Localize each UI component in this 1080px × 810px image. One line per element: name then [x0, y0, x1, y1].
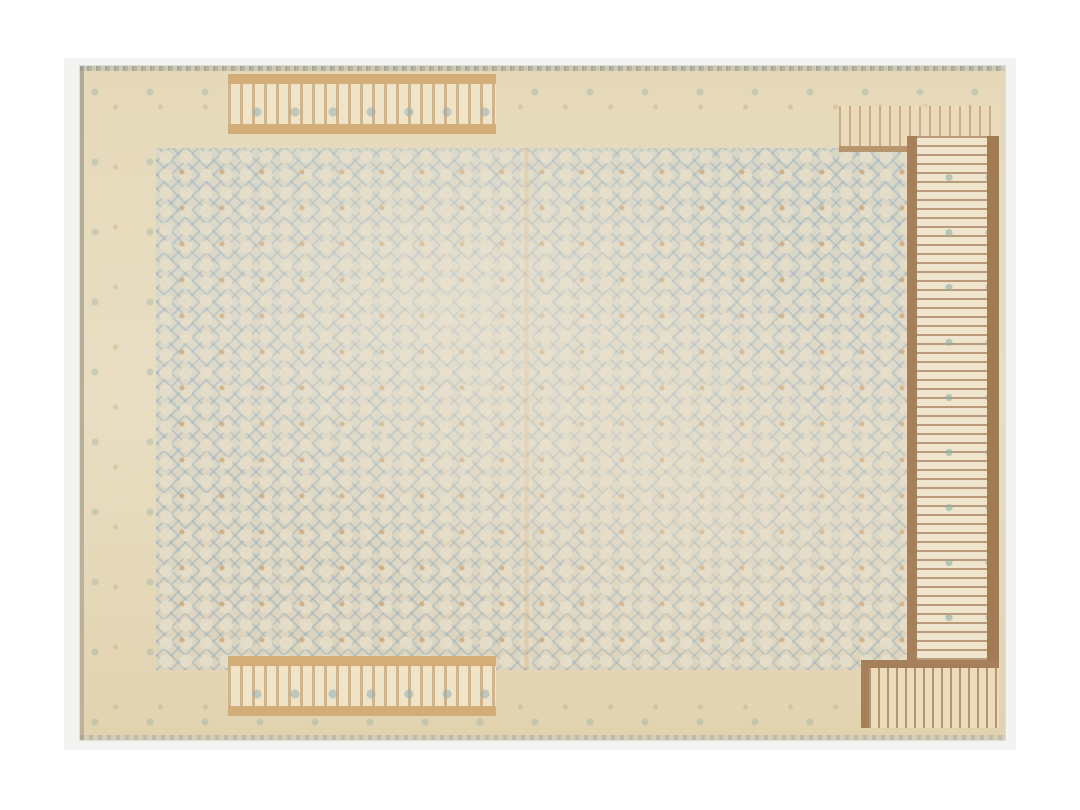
rug-border-corner-bottom-right [861, 660, 999, 728]
rug [80, 66, 1005, 740]
rug-worn-edge-bottom [80, 735, 1005, 740]
rug-worn-edge-top [80, 66, 1005, 71]
rug-field-wear [156, 148, 936, 670]
rug-worn-edge-left [80, 66, 84, 740]
rug-border-right [907, 136, 999, 696]
rug-border-band-top [228, 74, 496, 134]
rug-border-band-bottom [228, 656, 496, 716]
